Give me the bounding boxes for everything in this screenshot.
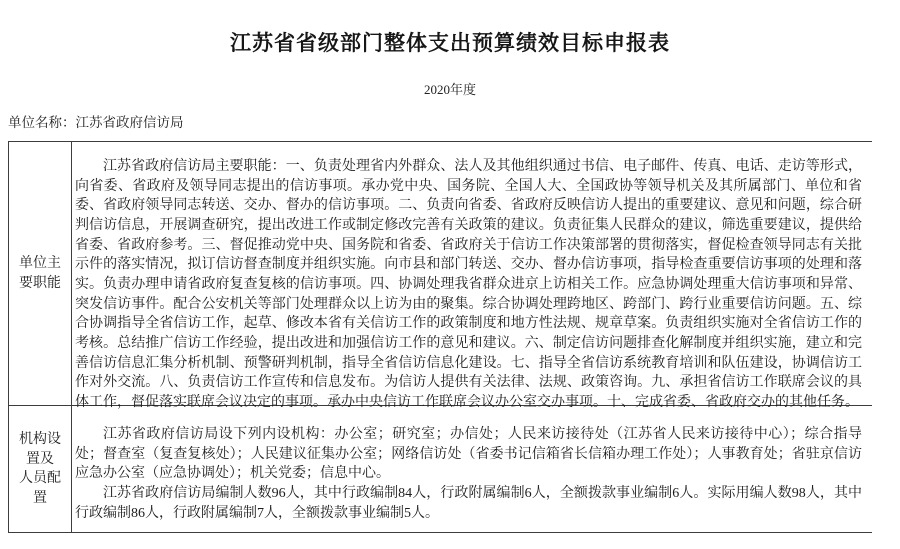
- table-row-main-duties: 单位主 要职能 江苏省政府信访局主要职能：一、负责处理省内外群众、法人及其他组织…: [9, 142, 872, 406]
- row-header-line: 单位主: [19, 254, 61, 274]
- staffing-paragraph: 江苏省政府信访局编制人数96人，其中行政编制84人，行政附属编制6人，全额拨款事…: [75, 484, 862, 523]
- unit-name-line: 单位名称：江苏省政府信访局: [8, 111, 900, 131]
- cell-org-setup: 江苏省政府信访局设下列内设机构：办公室；研究室；办信处；人民来访接待处（江苏省人…: [72, 406, 872, 532]
- row-header-line: 要职能: [19, 274, 61, 294]
- main-table: 单位主 要职能 江苏省政府信访局主要职能：一、负责处理省内外群众、法人及其他组织…: [8, 141, 872, 533]
- page-title: 江苏省省级部门整体支出预算绩效目标申报表: [0, 0, 900, 57]
- cell-main-duties: 江苏省政府信访局主要职能：一、负责处理省内外群众、法人及其他组织通过书信、电子邮…: [72, 142, 872, 405]
- row-header-line: 置及: [26, 450, 54, 470]
- duties-paragraph: 江苏省政府信访局主要职能：一、负责处理省内外群众、法人及其他组织通过书信、电子邮…: [75, 157, 862, 413]
- unit-name-label: 单位名称：: [8, 115, 76, 130]
- org-structure-paragraph: 江苏省政府信访局设下列内设机构：办公室；研究室；办信处；人民来访接待处（江苏省人…: [75, 425, 862, 484]
- row-header-main-duties: 单位主 要职能: [9, 142, 72, 405]
- unit-name-value: 江苏省政府信访局: [76, 115, 184, 130]
- document-page: 江苏省省级部门整体支出预算绩效目标申报表 2020年度 单位名称：江苏省政府信访…: [0, 0, 900, 549]
- row-header-line: 机构设: [19, 430, 61, 450]
- row-header-line: 置: [33, 489, 47, 509]
- year-label: 2020年度: [0, 79, 900, 98]
- row-header-org-setup: 机构设 置及 人员配 置: [9, 406, 72, 532]
- table-row-org-setup: 机构设 置及 人员配 置 江苏省政府信访局设下列内设机构：办公室；研究室；办信处…: [9, 406, 872, 532]
- row-header-line: 人员配: [19, 469, 61, 489]
